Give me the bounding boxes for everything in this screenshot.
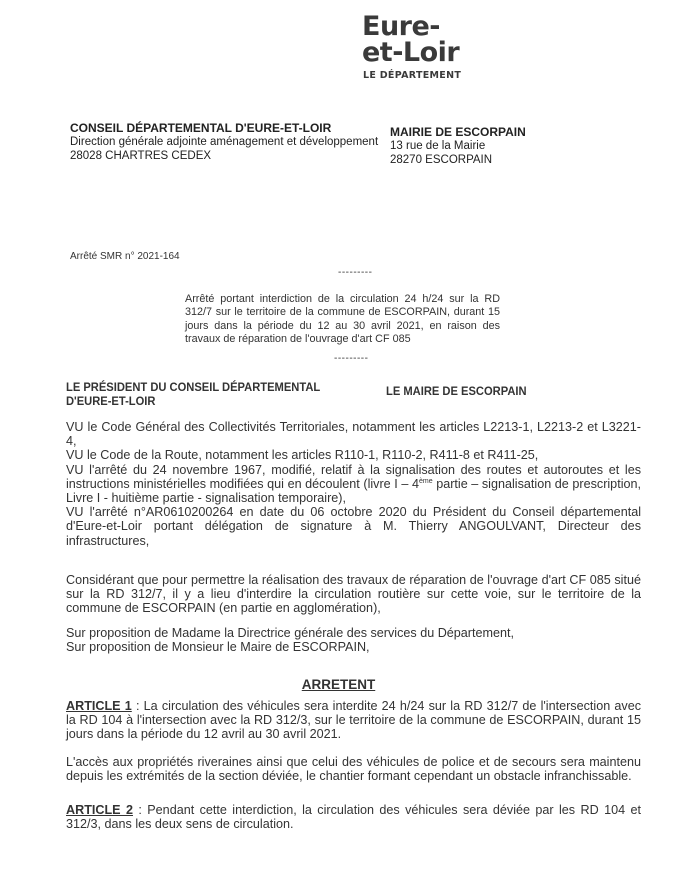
visa-cgct: VU le Code Général des Collectivités Ter… [66,420,641,448]
signatory-mayor: LE MAIRE DE ESCORPAIN [386,384,527,398]
sender-city: 28028 CHARTRES CEDEX [70,149,378,163]
recipient-name: MAIRIE DE ESCORPAIN [390,125,526,139]
separator-bottom: --------- [334,353,368,364]
visa-delegation: VU l'arrêté n°AR0610200264 en date du 06… [66,505,641,548]
sender-name: CONSEIL DÉPARTEMENTAL D'EURE-ET-LOIR [70,121,378,135]
article-1: ARTICLE 1 : La circulation des véhicules… [66,699,641,742]
logo-eure-et-loir: Eure- et-Loir LE DÉPARTEMENT [362,14,461,81]
visa-arrete-1967: VU l'arrêté du 24 novembre 1967, modifié… [66,463,641,506]
arretent-heading: ARRETENT [0,677,677,692]
visa-code-route: VU le Code de la Route, notamment les ar… [66,448,641,462]
sender-department: Direction générale adjointe aménagement … [70,135,378,149]
logo-tagline: LE DÉPARTEMENT [363,70,461,81]
signatory-president-line-1: LE PRÉSIDENT DU CONSEIL DÉPARTEMENTAL [66,380,320,394]
recipient-street: 13 rue de la Mairie [390,139,526,153]
considerant: Considérant que pour permettre la réalis… [66,573,641,616]
proposition-maire: Sur proposition de Monsieur le Maire de … [66,640,641,654]
propositions: Sur proposition de Madame la Directrice … [66,626,641,654]
signatory-president: LE PRÉSIDENT DU CONSEIL DÉPARTEMENTAL D'… [66,380,320,408]
article-2-label: ARTICLE 2 [66,803,133,817]
recipient-city: 28270 ESCORPAIN [390,153,526,167]
proposition-directrice: Sur proposition de Madame la Directrice … [66,626,641,640]
article-1-access: L'accès aux propriétés riveraines ainsi … [66,755,641,783]
decree-subject: Arrêté portant interdiction de la circul… [185,293,500,347]
article-1-text: : La circulation des véhicules sera inte… [66,699,641,741]
article-2: ARTICLE 2 : Pendant cette interdiction, … [66,803,641,831]
logo-line-2: et-Loir [362,40,461,66]
visas-block: VU le Code Général des Collectivités Ter… [66,420,641,548]
article-1-label: ARTICLE 1 [66,699,132,713]
article-2-text: : Pendant cette interdiction, la circula… [66,803,641,831]
signatory-president-line-2: D'EURE-ET-LOIR [66,394,320,408]
decree-reference: Arrêté SMR n° 2021-164 [70,251,180,262]
recipient-address: MAIRIE DE ESCORPAIN 13 rue de la Mairie … [390,125,526,167]
sender-address: CONSEIL DÉPARTEMENTAL D'EURE-ET-LOIR Dir… [70,121,378,163]
separator-top: --------- [338,267,372,278]
